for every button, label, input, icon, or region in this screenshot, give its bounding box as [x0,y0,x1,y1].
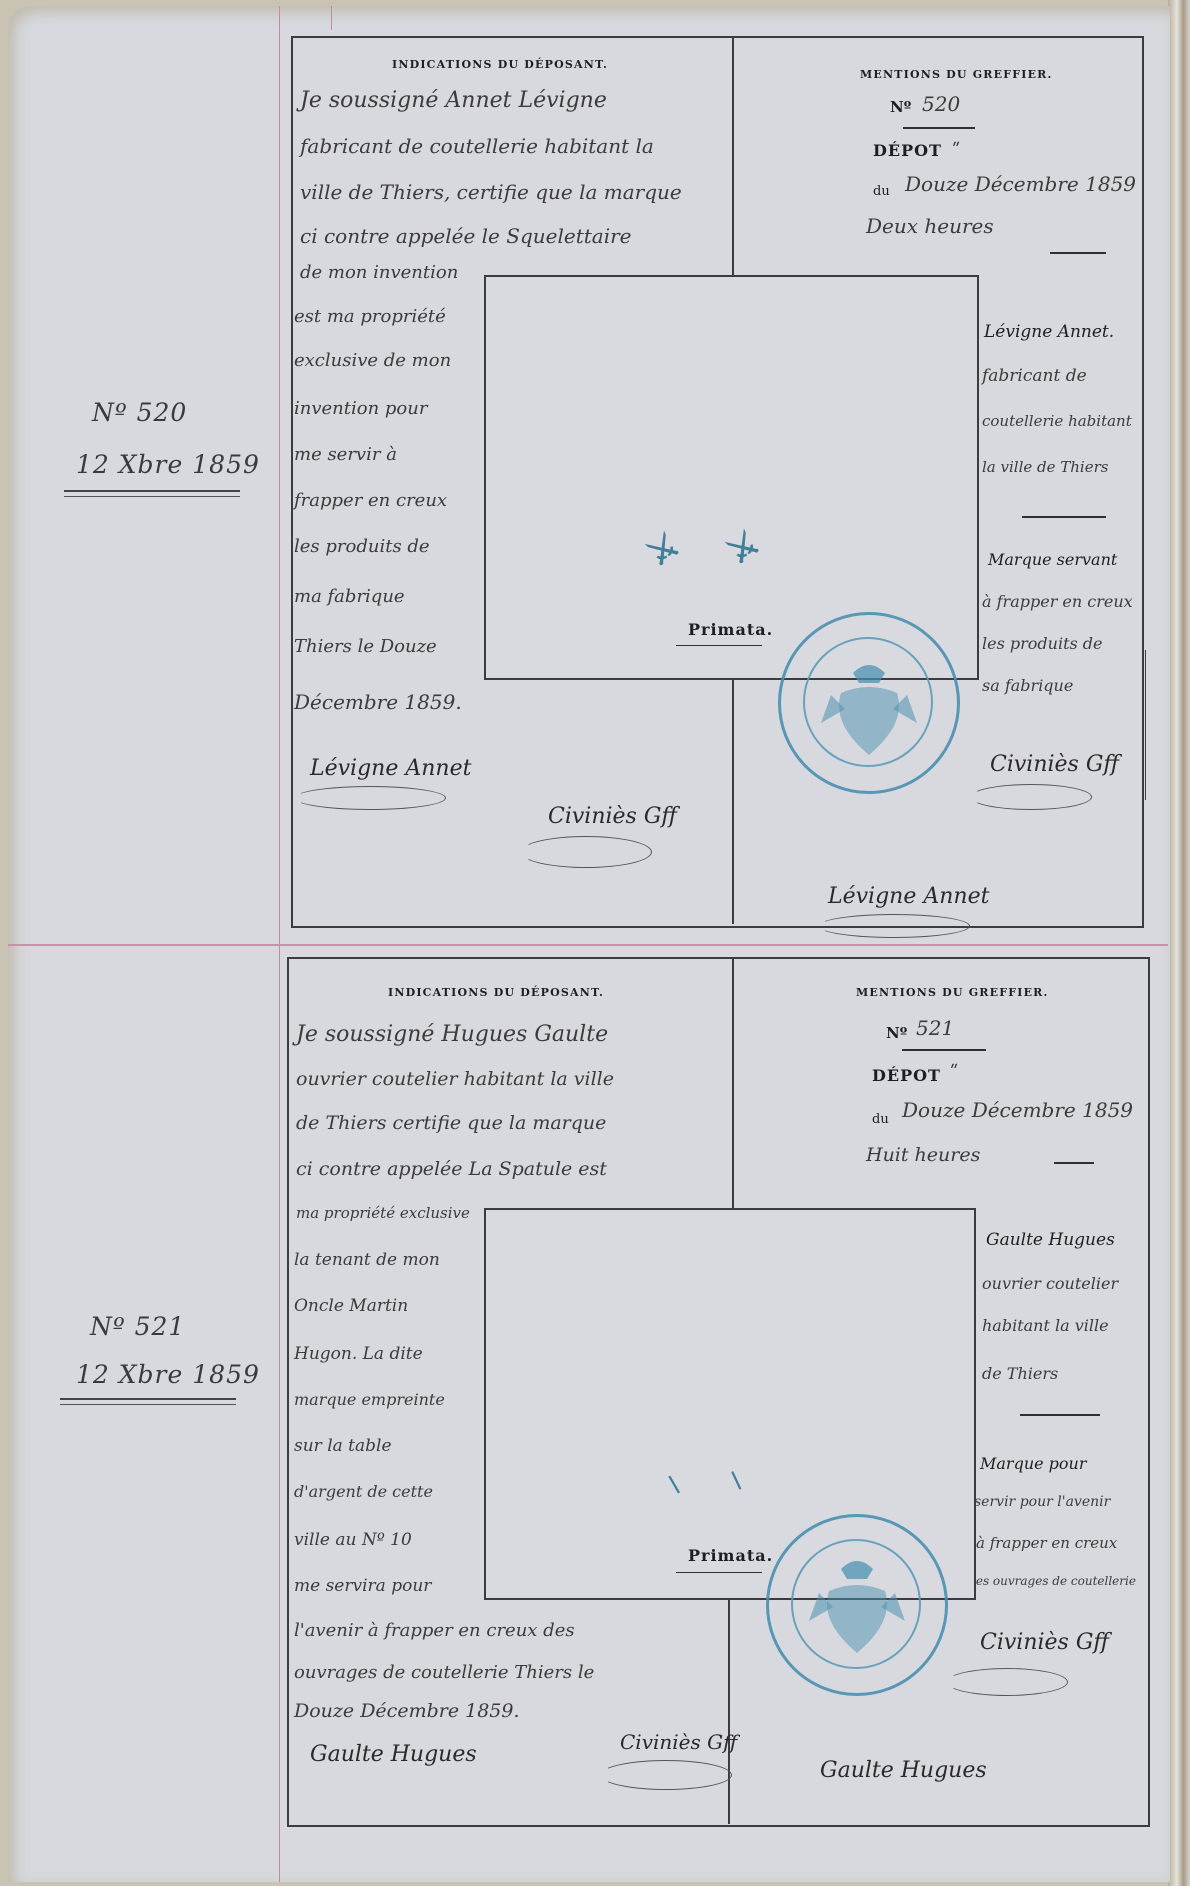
margin-entry-number: Nº 521 [90,1312,185,1341]
deposant-line: invention pour [294,398,427,419]
deposit-date: Douze Décembre 1859 [902,1098,1133,1122]
caption-underline [676,1572,762,1573]
column-divider-bottom [732,678,734,924]
margin-underline [60,1398,236,1405]
greffier-line: servir pour l'avenir [974,1494,1110,1510]
du-label: du [873,184,890,199]
imperial-eagle-icon [769,1517,945,1693]
deposant-signature: Gaulte Hugues [310,1742,477,1767]
deposant-signature-right: Lévigne Annet [828,884,989,909]
greffier-signature: Civiniès Gff [620,1730,737,1754]
greffier-signature-right: Civiniès Gff [990,752,1119,777]
column-divider-top [732,959,734,1209]
signature-flourish [520,836,652,868]
deposit-number: 521 [916,1016,954,1040]
deposant-line: frapper en creux [294,490,447,511]
deposant-line: Décembre 1859. [294,690,462,714]
greffier-line: fabricant de [982,366,1087,386]
tribunal-stamp [778,612,960,794]
deposant-line: de Thiers certifie que la marque [296,1112,606,1134]
depot-ditto: ʺ [952,140,960,161]
book-binding [1168,0,1190,1886]
signature-flourish [818,914,970,938]
signature-flourish [946,1668,1068,1696]
deposant-line: ville de Thiers, certifie que la marque [300,180,682,204]
margin-entry-date: 12 Xbre 1859 [76,1360,260,1389]
greffier-line: Marque pour [980,1454,1087,1473]
column-divider-top [732,38,734,276]
deposant-line: Je soussigné Hugues Gaulte [296,1022,608,1047]
deposant-line: marque empreinte [294,1390,445,1409]
greffier-line: habitant la ville [982,1316,1109,1335]
deposant-line: ci contre appelée La Spatule est [296,1158,607,1180]
margin-line-short [331,6,332,30]
greffier-line: les ouvrages de coutellerie [972,1574,1136,1588]
deposant-line: Je soussigné Annet Lévigne [300,88,607,113]
greffier-line: Gaulte Hugues [986,1230,1115,1250]
mark-caption: Primata. [688,620,773,639]
margin-underline [64,490,240,497]
signature-flourish [294,786,446,810]
deposant-line: me servir à [294,444,397,465]
greffier-line: Marque servant [988,550,1117,569]
mark-caption: Primata. [688,1546,773,1565]
deposit-number: 520 [922,92,960,116]
tribunal-stamp [766,1514,948,1696]
header-indications-deposant: Indications du déposant. [392,58,608,71]
deposant-line: d'argent de cette [294,1482,433,1501]
depot-label: DÉPOT [873,141,942,160]
deposant-signature-right: Gaulte Hugues [820,1758,987,1783]
greffier-line: les produits de [982,634,1103,653]
deposant-line: l'avenir à frapper en creux des [294,1620,575,1641]
signature-flourish [970,784,1092,810]
greffier-line: la ville de Thiers [982,458,1108,476]
greffier-line: de Thiers [982,1364,1058,1383]
imperial-eagle-icon [781,615,957,791]
deposant-line: Thiers le Douze [294,636,437,657]
deposant-line: Hugon. La dite [294,1344,423,1364]
deposant-signature: Lévigne Annet [310,756,471,781]
margin-entry-date: 12 Xbre 1859 [76,450,260,479]
deposant-line: ville au Nº 10 [294,1530,412,1550]
greffier-line: sa fabrique [982,676,1073,695]
depot-label: DÉPOT [872,1066,941,1085]
deposant-line: ma propriété exclusive [296,1204,470,1222]
section-rule [1022,516,1106,518]
deposant-line: la tenant de mon [294,1250,440,1270]
deposit-date: Douze Décembre 1859 [905,172,1136,196]
deposant-line: fabricant de coutellerie habitant la [300,134,654,158]
deposant-line: est ma propriété [294,306,446,327]
time-rule [1050,252,1106,254]
margin-entry-number: Nº 520 [92,398,187,427]
time-rule [1054,1162,1094,1164]
number-underline [902,1049,986,1051]
greffier-line: coutellerie habitant [982,412,1132,430]
deposant-line: exclusive de mon [294,350,451,371]
deposit-time: Huit heures [866,1144,980,1166]
depot-ditto: ʺ [950,1062,958,1083]
greffier-line: ouvrier coutelier [982,1274,1118,1293]
greffier-signature: Civiniès Gff [548,804,677,829]
deposit-time: Deux heures [866,214,994,238]
deposant-line: les produits de [294,536,430,557]
header-mentions-greffier: Mentions du greffier. [856,986,1049,999]
column-right-edge [1145,650,1146,800]
deposant-line: de mon invention [300,262,458,283]
number-underline [903,127,975,129]
du-label: du [872,1112,889,1127]
deposant-line: ouvrages de coutellerie Thiers le [294,1662,594,1683]
deposant-line: Douze Décembre 1859. [294,1700,520,1722]
number-label: Nº [890,98,911,116]
column-divider-bottom [728,1598,730,1824]
caption-underline [676,645,762,646]
signature-flourish [600,1760,732,1790]
margin-line-horizontal [8,944,1168,946]
header-indications-deposant: Indications du déposant. [388,986,604,999]
greffier-signature-right: Civiniès Gff [980,1630,1109,1655]
greffier-line: à frapper en creux [982,592,1133,611]
greffier-line: à frapper en creux [976,1534,1117,1552]
section-rule [1020,1414,1100,1416]
deposant-line: sur la table [294,1436,392,1456]
header-mentions-greffier: Mentions du greffier. [860,68,1053,81]
deposant-line: ci contre appelée le Squelettaire [300,224,632,248]
deposant-line: ma fabrique [294,586,405,607]
number-label: Nº [886,1024,907,1042]
deposant-line: me servira pour [294,1576,431,1596]
deposant-line: Oncle Martin [294,1296,408,1316]
greffier-line: Lévigne Annet. [984,322,1114,342]
deposant-line: ouvrier coutelier habitant la ville [296,1068,614,1090]
